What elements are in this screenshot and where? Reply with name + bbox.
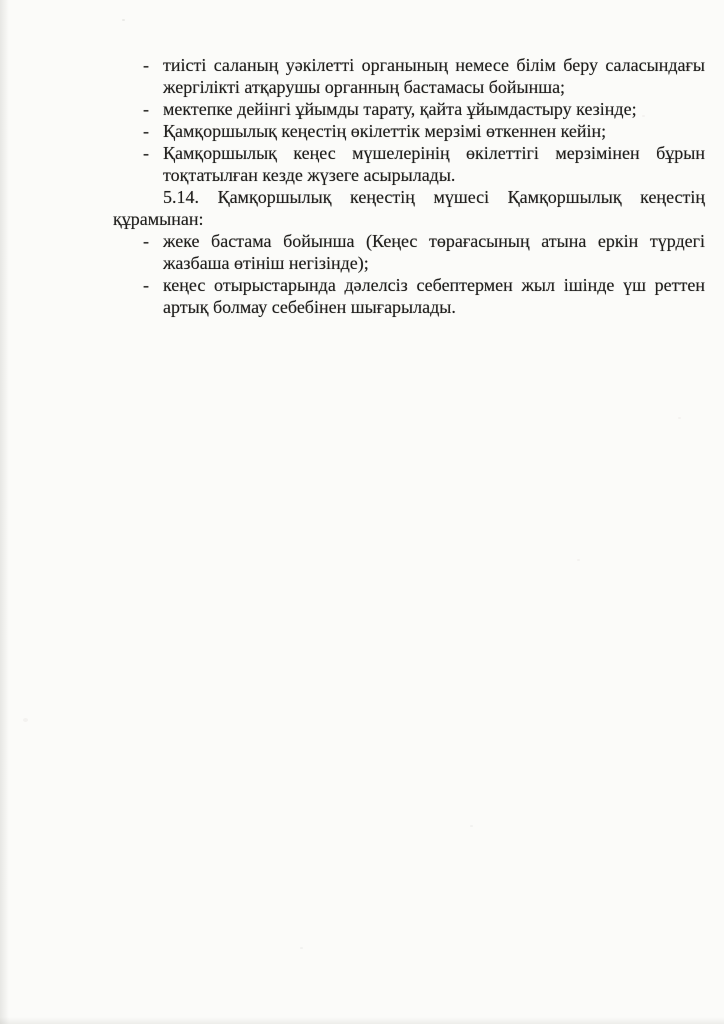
scan-noise-specks [122,19,125,21]
scan-edge-shadow-bottom [0,1017,724,1024]
bullet-item: - жеке бастама бойынша (Кеңес төрағасыны… [163,230,705,274]
bullet-dash-marker: - [143,230,149,252]
bullet-line: жеке бастама бойынша (Кеңес төрағасының … [163,230,705,252]
bullet-line: артық болмау себебінен шығарылады. [163,296,705,318]
bullet-item: - Қамқоршылық кеңес мүшелерінің өкілетті… [163,142,705,186]
bullet-line: мектепке дейінгі ұйымды тарату, қайта ұй… [163,98,705,120]
bullet-item: - мектепке дейінгі ұйымды тарату, қайта … [163,98,705,120]
bullet-line: тоқтатылған кезде жүзеге асырылады. [163,164,705,186]
bullet-line: жергілікті атқарушы органның бастамасы б… [163,76,705,98]
paragraph-line: құрамынан: [113,208,705,230]
bullet-line: жазбаша өтініш негізінде); [163,252,705,274]
bullet-dash-marker: - [143,142,149,164]
bullet-item: - Қамқоршылық кеңестің өкілеттік мерзімі… [163,120,705,142]
bullet-line: кеңес отырыстарында дәлелсіз себептермен… [163,274,705,296]
paragraph-line: 5.14. Қамқоршылық кеңестің мүшесі Қамқор… [163,186,705,208]
bullet-line: Қамқоршылық кеңес мүшелерінің өкілеттігі… [163,142,705,164]
bullet-line: Қамқоршылық кеңестің өкілеттік мерзімі ө… [163,120,705,142]
bullet-dash-marker: - [143,120,149,142]
scanned-document-page: - тиісті саланың уәкілетті органының нем… [0,0,724,1024]
bullet-line: тиісті саланың уәкілетті органының немес… [163,54,705,76]
bullet-item: - тиісті саланың уәкілетті органының нем… [163,54,705,98]
paragraph-5-14: 5.14. Қамқоршылық кеңестің мүшесі Қамқор… [113,186,705,230]
bullet-dash-marker: - [143,274,149,296]
bullet-dash-marker: - [143,98,149,120]
bullet-dash-marker: - [143,54,149,76]
document-text-block: - тиісті саланың уәкілетті органының нем… [113,54,705,318]
bullet-item: - кеңес отырыстарында дәлелсіз себептерм… [163,274,705,318]
scan-edge-shadow-left [0,0,9,1024]
